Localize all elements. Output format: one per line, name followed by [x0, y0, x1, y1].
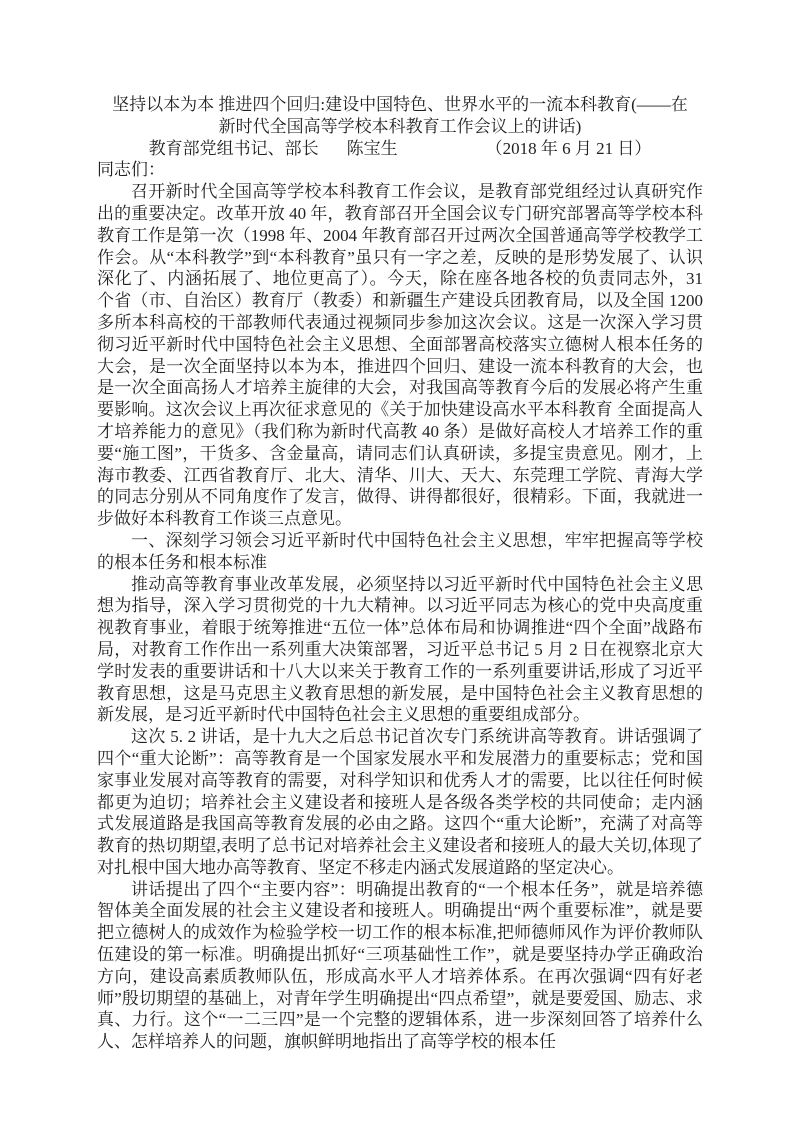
- title-line-2: 新时代全国高等学校本科教育工作会议上的讲话): [97, 116, 703, 138]
- paragraph-intro: 召开新时代全国高等学校本科教育工作会议，是教育部党组经过认真研究作出的重要决定。…: [97, 181, 703, 530]
- speech-date: （2018 年 6 月 21 日）: [486, 139, 652, 158]
- title-line-1: 坚持以本为本 推进四个回归:建设中国特色、世界水平的一流本科教育(——在: [97, 94, 703, 116]
- section-heading-1: 一、深刻学习领会习近平新时代中国特色社会主义思想，牢牢把握高等学校的根本任务和根…: [97, 530, 703, 574]
- paragraph-guiding-thought: 推动高等教育事业改革发展，必须坚持以习近平新时代中国特色社会主义思想为指导，深入…: [97, 574, 703, 727]
- paragraph-four-judgments: 这次 5. 2 讲话，是十九大之后总书记首次专门系统讲高等教育。讲话强调了四个“…: [97, 726, 703, 879]
- author-name: 陈宝生: [347, 139, 398, 158]
- document-body: 坚持以本为本 推进四个回归:建设中国特色、世界水平的一流本科教育(——在 新时代…: [97, 94, 703, 1053]
- paragraph-four-contents: 讲话提出了四个“主要内容”：明确提出教育的“一个根本任务”，就是培养德智体美全面…: [97, 879, 703, 1053]
- salutation: 同志们：: [97, 159, 703, 181]
- byline: 教育部党组书记、部长陈宝生（2018 年 6 月 21 日）: [97, 138, 703, 160]
- document-page: 坚持以本为本 推进四个回归:建设中国特色、世界水平的一流本科教育(——在 新时代…: [0, 0, 793, 1122]
- document-title: 坚持以本为本 推进四个回归:建设中国特色、世界水平的一流本科教育(——在 新时代…: [97, 94, 703, 138]
- author-role: 教育部党组书记、部长: [149, 139, 319, 158]
